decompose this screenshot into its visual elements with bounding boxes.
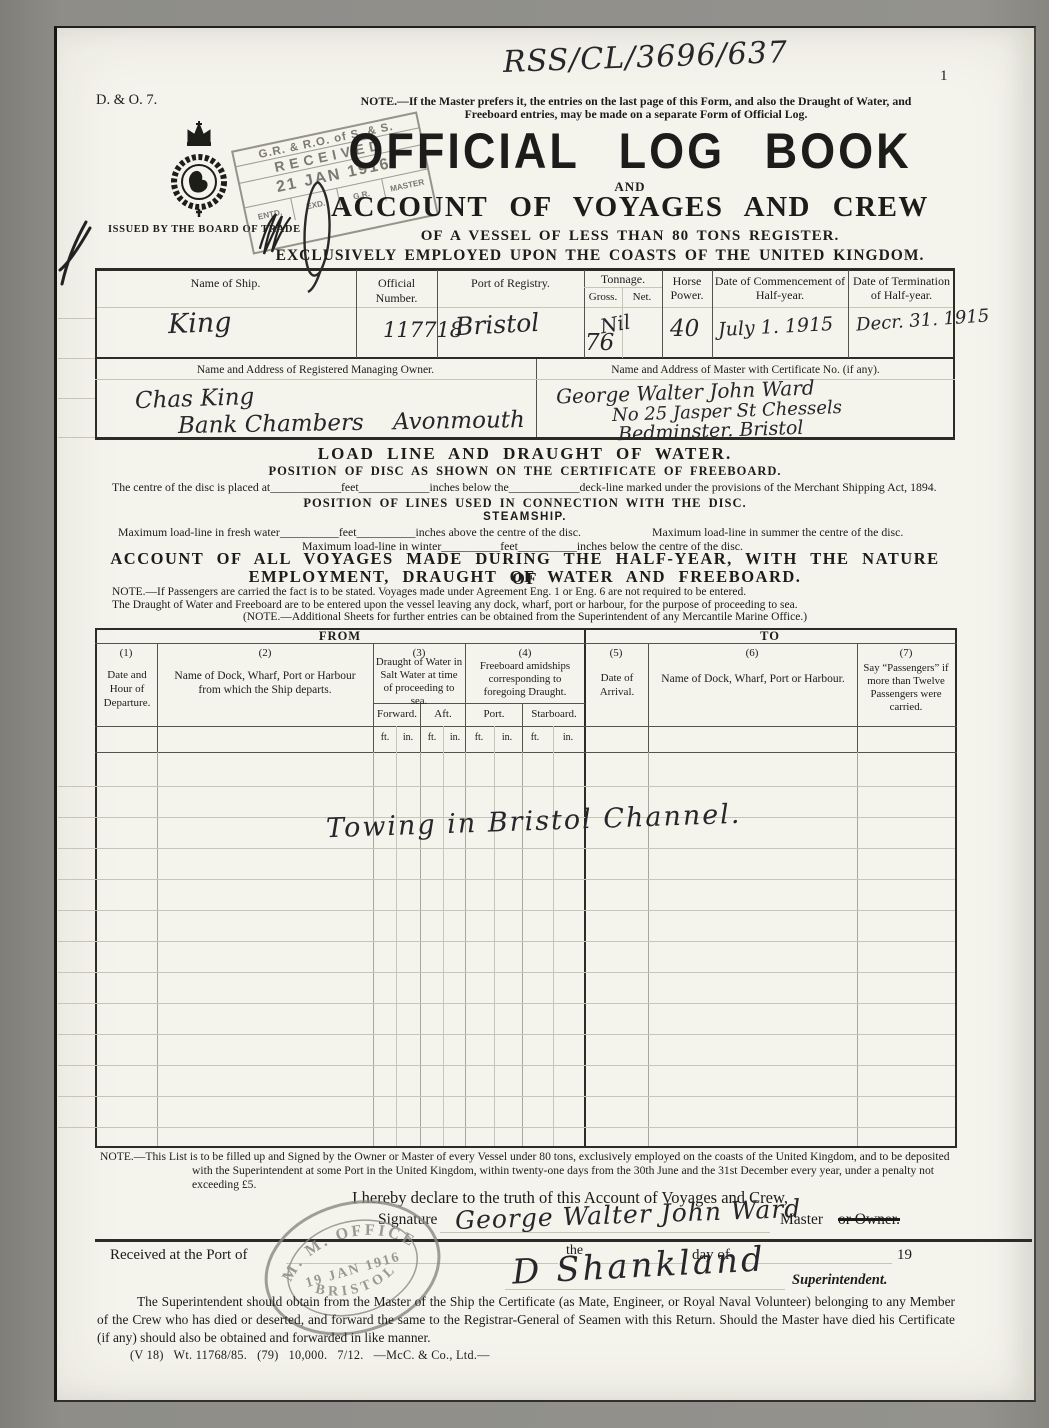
col3-sub-aft: Aft.: [421, 708, 465, 720]
scanned-document: RSS/CL/3696/637 1 D. & O. 7. NOTE.—If th…: [0, 0, 1049, 1428]
loadline-sub2: POSITION OF LINES USED IN CONNECTION WIT…: [95, 496, 955, 511]
col4-label: Freeboard amidships corresponding to for…: [467, 660, 583, 699]
col6-label: Name of Dock, Wharf, Port or Harbour.: [651, 672, 855, 686]
bottom-note: NOTE.—This List is to be filled up and S…: [100, 1150, 956, 1192]
ftin-f2: ft.: [422, 732, 442, 743]
title-main: OFFICIAL LOG BOOK: [300, 122, 960, 180]
ftin-f1: ft.: [375, 732, 395, 743]
loadline-summer: Maximum load-line in summer the centre o…: [652, 525, 903, 540]
received-at-port-label: Received at the Port of: [110, 1247, 247, 1264]
received-year-label: 19: [897, 1247, 912, 1264]
voyages-note2: The Draught of Water and Freeboard are t…: [112, 599, 962, 611]
col4-number: (4): [505, 647, 545, 659]
ftin-i3: in.: [497, 732, 517, 743]
loadline-sub1: POSITION OF DISC AS SHOWN ON THE CERTIFI…: [95, 464, 955, 479]
title-sub: ACCOUNT OF VOYAGES AND CREW: [300, 191, 960, 224]
ftin-f4: ft.: [525, 732, 545, 743]
col7-label: Say “Passengers” if more than Twelve Pas…: [859, 662, 953, 714]
voyages-note1: NOTE.—If Passengers are carried the fact…: [112, 586, 962, 598]
master-label: Master: [780, 1211, 823, 1229]
value-owner-line1: Chas King: [135, 384, 255, 414]
col7-number: (7): [886, 647, 926, 659]
ftin-f3: ft.: [469, 732, 489, 743]
value-official-number: 117718: [383, 318, 463, 342]
form-code: D. & O. 7.: [96, 92, 157, 109]
header-commencement: Date of Commencement of Half-year.: [714, 274, 846, 303]
loadline-steamship: STEAMSHIP.: [95, 511, 955, 523]
header-name-of-ship: Name of Ship.: [95, 276, 356, 291]
col5-label: Date of Arrival.: [587, 672, 647, 700]
value-tonnage-gross: 76: [585, 330, 614, 356]
col4-sub-port: Port.: [466, 708, 522, 720]
header-tonnage: Tonnage.: [584, 272, 662, 287]
header-official-number: Official Number.: [356, 276, 437, 306]
voyages-from-label: FROM: [95, 629, 585, 644]
voyages-heading2: EMPLOYMENT, DRAUGHT OF WATER AND FREEBOA…: [95, 567, 955, 587]
header-tonnage-gross: Gross.: [584, 291, 622, 303]
loadline-line1: The centre of the disc is placed at_____…: [112, 480, 957, 495]
col1-label: Date and Hour of Departure.: [97, 669, 157, 710]
header-port-of-registry: Port of Registry.: [437, 276, 584, 291]
superintendent-note: The Superintendent should obtain from th…: [97, 1293, 955, 1347]
handwritten-x-mark: [56, 218, 98, 296]
header-master: Name and Address of Master with Certific…: [536, 364, 955, 376]
title-line3: OF A VESSEL OF LESS THAN 80 TONS REGISTE…: [300, 228, 960, 245]
loadline-heading: LOAD LINE AND DRAUGHT OF WATER.: [95, 444, 955, 464]
ftin-i4: in.: [558, 732, 578, 743]
value-horse-power: 40: [670, 316, 699, 342]
header-managing-owner: Name and Address of Registered Managing …: [95, 364, 536, 376]
col3-sub-forward: Forward.: [374, 708, 420, 720]
loadline-freshwater: Maximum load-line in fresh water________…: [118, 525, 581, 540]
col5-number: (5): [596, 647, 636, 659]
title-line4: EXCLUSIVELY EMPLOYED UPON THE COASTS OF …: [240, 247, 960, 265]
voyages-to-label: TO: [585, 629, 955, 644]
value-ship-name: King: [167, 307, 232, 340]
ftin-i2: in.: [445, 732, 465, 743]
struck-or-owner-label: or Owner.: [838, 1211, 900, 1229]
header-termination: Date of Termination of Half-year.: [850, 274, 953, 303]
col3-label: Draught of Water in Salt Water at time o…: [375, 656, 463, 708]
page-number: 1: [940, 68, 948, 85]
ftin-i1: in.: [398, 732, 418, 743]
header-horse-power: Horse Power.: [664, 274, 710, 303]
header-tonnage-net: Net.: [622, 291, 662, 303]
board-of-trade-crest-icon: [163, 120, 235, 232]
col1-number: (1): [106, 647, 146, 659]
col6-number: (6): [732, 647, 772, 659]
printer-imprint: (V 18) Wt. 11768/85. (79) 10,000. 7/12. …: [130, 1348, 490, 1363]
col4-sub-starboard: Starboard.: [523, 708, 585, 720]
superintendent-label: Superintendent.: [792, 1272, 887, 1289]
value-port-of-registry: Bristol: [454, 308, 540, 341]
col2-number: (2): [245, 647, 285, 659]
voyages-note3: (NOTE.—Additional Sheets for further ent…: [95, 611, 955, 623]
col2-label: Name of Dock, Wharf, Port or Harbour fro…: [167, 669, 363, 698]
top-note-line2: Freeboard entries, may be made on a sepa…: [330, 107, 942, 122]
